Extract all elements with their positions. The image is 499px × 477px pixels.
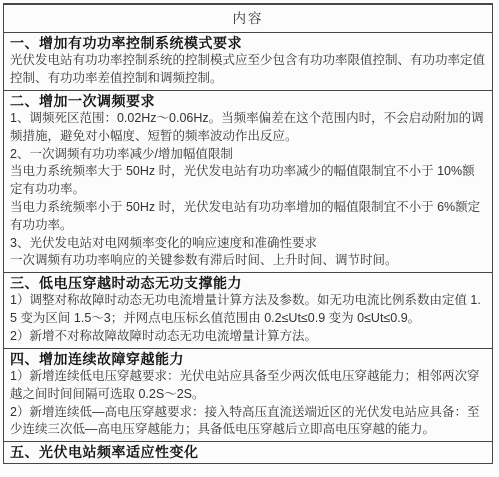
table-header-title: 内容 — [233, 11, 264, 26]
section-paragraph: 当电力系统频率大于 50Hz 时，光伏发电站有功功率减少的幅值限制宜不小于 10… — [10, 163, 487, 199]
section-row-active-power-control: 一、增加有功功率控制系统模式要求 光伏发电站有功功率控制系统的控制模式应至少包含… — [4, 32, 492, 90]
document-page: 内容 一、增加有功功率控制系统模式要求 光伏发电站有功功率控制系统的控制模式应至… — [0, 0, 499, 477]
content-table: 内容 一、增加有功功率控制系统模式要求 光伏发电站有功功率控制系统的控制模式应至… — [3, 3, 493, 464]
table-header-row: 内容 — [4, 5, 492, 32]
section-heading: 五、光伏电站频率适应性变化 — [10, 443, 487, 461]
section-heading: 一、增加有功功率控制系统模式要求 — [10, 34, 487, 52]
section-row-lvrt-reactive-support: 三、低电压穿越时动态无功支撑能力 1）调整对称故障时动态无功电流增量计算方法及参… — [4, 272, 492, 348]
section-heading: 四、增加连续故障穿越能力 — [10, 350, 487, 368]
section-paragraph: 1）调整对称故障时动态无功电流增量计算方法及参数。如无功电流比例系数由定值 1.… — [10, 292, 487, 328]
section-paragraph: 光伏发电站有功功率控制系统的控制模式应至少包含有功功率限值控制、有功功率定值控制… — [10, 52, 487, 88]
section-row-continuous-fault-ride-through: 四、增加连续故障穿越能力 1）新增连续低电压穿越要求：光伏电站应具备至少两次低电… — [4, 348, 492, 441]
section-heading: 三、低电压穿越时动态无功支撑能力 — [10, 274, 487, 292]
section-paragraph: 一次调频有功功率响应的关键参数有滞后时间、上升时间、调节时间。 — [10, 252, 487, 270]
section-paragraph: 1、调频死区范围：0.02Hz～0.06Hz。当频率偏差在这个范围内时，不会启动… — [10, 110, 487, 146]
section-heading: 二、增加一次调频要求 — [10, 92, 487, 110]
section-paragraph: 2、一次调频有功功率减少/增加幅值限制 — [10, 146, 487, 164]
section-paragraph: 2）新增不对称故障故障时动态无功电流增量计算方法。 — [10, 328, 487, 346]
section-paragraph: 当电力系统频率小于 50Hz 时，光伏发电站有功功率增加的幅值限制宜不小于 6%… — [10, 199, 487, 235]
section-paragraph: 2）新增连续低—高电压穿越要求：接入特高压直流送端近区的光伏发电站应具备：至少连… — [10, 404, 487, 440]
section-row-primary-frequency-regulation: 二、增加一次调频要求 1、调频死区范围：0.02Hz～0.06Hz。当频率偏差在… — [4, 90, 492, 272]
section-paragraph: 1）新增连续低电压穿越要求：光伏电站应具备至少两次低电压穿越能力；相邻两次穿越之… — [10, 368, 487, 404]
section-paragraph: 3、光伏发电站对电网频率变化的响应速度和准确性要求 — [10, 235, 487, 253]
section-row-frequency-adaptability: 五、光伏电站频率适应性变化 — [4, 441, 492, 463]
